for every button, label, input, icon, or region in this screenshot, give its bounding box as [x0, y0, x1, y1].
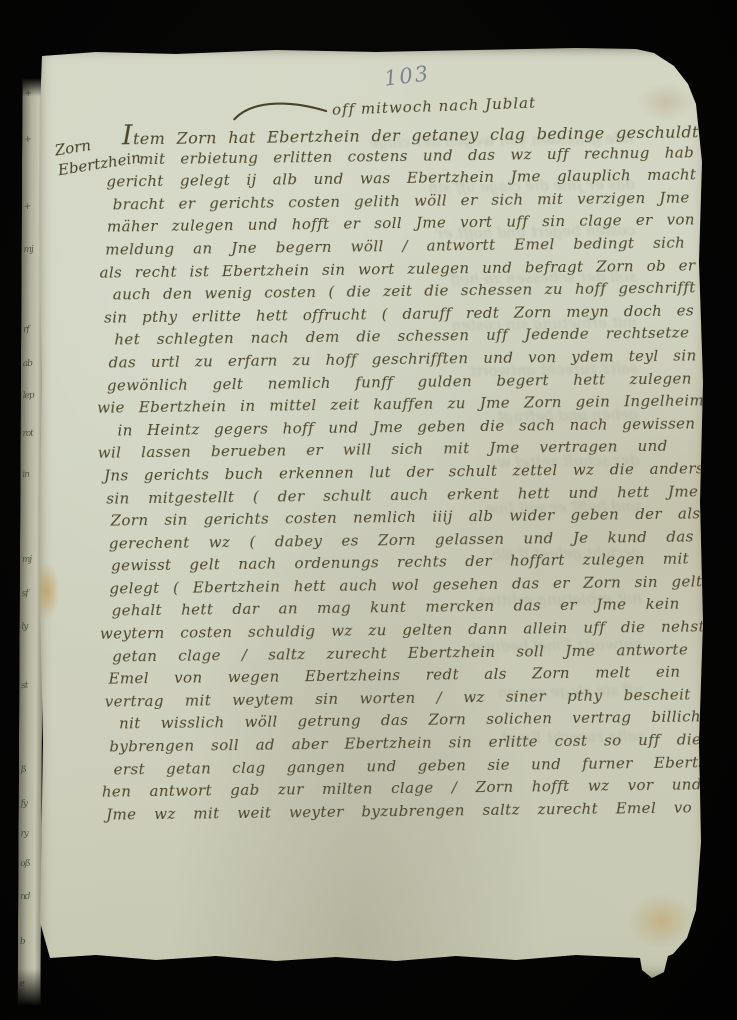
edge-ink-mark: rot	[22, 430, 33, 440]
edge-ink-mark: oß	[20, 860, 30, 870]
edge-ink-mark: +	[24, 136, 31, 145]
edge-ink-mark: b	[20, 938, 25, 947]
manuscript-page: nde gruessen von wegen der clagedas er J…	[36, 42, 708, 982]
edge-ink-mark: lep	[22, 392, 34, 402]
text-block: Item Zorn hat Ebertzhein der getaney cla…	[90, 118, 715, 826]
edge-ink-mark: in	[22, 471, 29, 480]
heading-flourish	[232, 100, 329, 123]
edge-ink-mark: ly	[21, 623, 28, 632]
edge-ink-mark: mj	[22, 556, 32, 566]
edge-ink-mark: rf	[23, 326, 29, 335]
edge-ink-mark: ß	[21, 766, 27, 775]
edge-ink-mark: ry	[20, 830, 28, 839]
stain-bottom-right	[628, 894, 694, 948]
edge-ink-mark: +	[23, 203, 30, 212]
edge-ink-mark: ab	[23, 360, 33, 370]
heading-text: off mitwoch nach Jublat	[332, 94, 537, 119]
edge-ink-mark: st	[21, 682, 28, 691]
edge-ink-mark: fy	[20, 800, 27, 809]
manuscript-photo: +++mjrfableprotinmjsflystßfyryoßndbe nde…	[0, 0, 737, 1020]
edge-ink-mark: sf	[21, 590, 28, 599]
edge-ink-mark: e	[19, 980, 24, 989]
edge-ink-mark: mj	[23, 246, 33, 256]
edge-ink-mark: nd	[20, 893, 30, 903]
folio-number: 103	[383, 63, 431, 89]
edge-ink-mark: +	[24, 90, 31, 99]
